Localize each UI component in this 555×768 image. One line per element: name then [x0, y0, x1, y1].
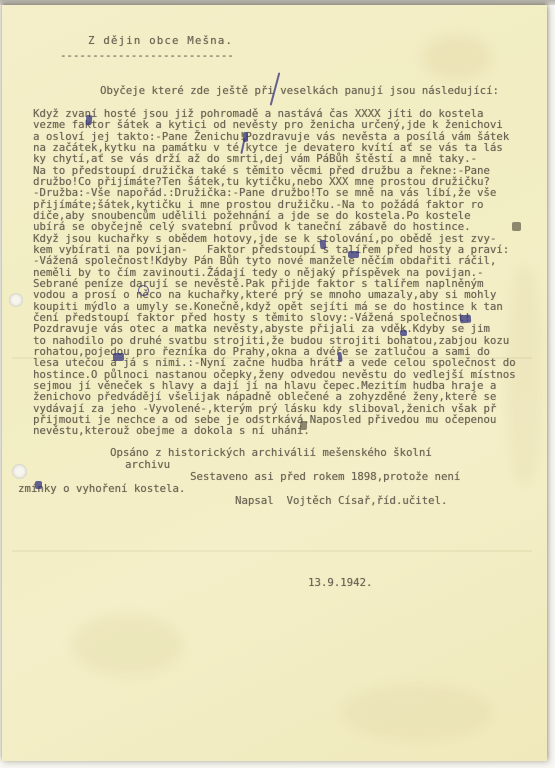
paper-stain — [342, 685, 492, 740]
typed-line: nevěstu,kterouž obejme a dokola s ní uhá… — [33, 425, 516, 436]
scanned-page: Z dějin obce Mešna. --------------------… — [0, 0, 555, 768]
paper-stain — [422, 35, 492, 80]
typed-line: ubírá se obyčejně celý svatební průvod k… — [33, 221, 516, 232]
typed-line: Pozdravuje vás otec a matka nevěsty,abys… — [33, 323, 516, 334]
typed-line: -Družba:-Vše napořád.:Družička:-Pane dru… — [33, 187, 516, 198]
typed-line: vodou a prosí o něco na kuchařky,které p… — [33, 289, 516, 300]
typed-line: ky chytí,ať se vás drží až do smrti,dej … — [33, 153, 516, 164]
body-text: Když zvaní hosté jsou již pohromadě a na… — [33, 108, 516, 437]
provenance-source-line2: archivu — [125, 459, 170, 470]
provenance-dating-line2: zmínky o vyhoření kostela. — [18, 483, 185, 494]
document-title: Z dějin obce Mešna. — [88, 35, 233, 46]
provenance-dating-line1: Sestaveno asi před rokem 1898,protože ne… — [190, 471, 460, 482]
punch-hole — [9, 293, 23, 307]
fold-crease — [12, 550, 532, 552]
author-line: Napsal Vojtěch Císař,říd.učitel. — [235, 495, 447, 506]
paper-sheet: Z dějin obce Mešna. --------------------… — [2, 5, 547, 761]
typed-line: ženichovo předvádějí všelijak nápadně ob… — [33, 391, 516, 402]
paper-stain — [72, 615, 182, 675]
typed-line: vezme faktor šátek a kytici od nevěsty p… — [33, 119, 516, 130]
provenance-source-line1: Opsáno z historických archiválií mešensk… — [110, 447, 432, 458]
typed-line: -Vážená společnost!Kdyby Pán Bůh tyto no… — [33, 255, 516, 266]
punch-hole — [12, 464, 27, 479]
document-date: 13.9.1942. — [308, 577, 372, 588]
document-heading: Obyčeje které zde ještě při veselkách pa… — [100, 85, 499, 96]
typed-line: lesa utečou a já s nimi.:-Nyní začne hud… — [33, 357, 516, 368]
title-underline: --------------------------- — [60, 50, 234, 61]
